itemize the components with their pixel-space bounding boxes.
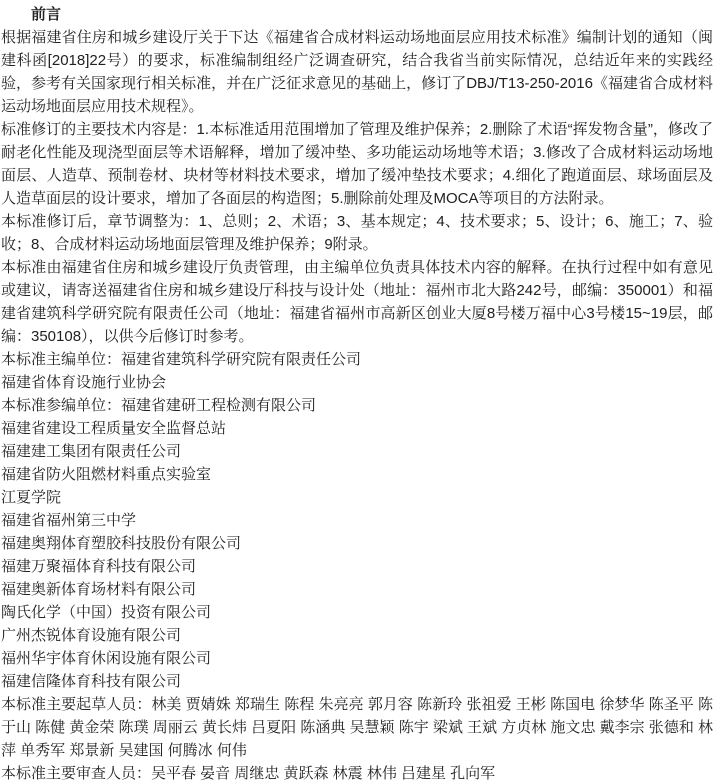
participating-unit-line: 广州杰锐体育设施有限公司 — [1, 624, 713, 647]
drafters-line: 本标准主要起草人员：林美 贾婧姝 郑瑞生 陈程 朱亮亮 郭月容 陈新玲 张祖爱 … — [1, 693, 713, 762]
revision-highlights-paragraph: 标准修订的主要技术内容是：1.本标准适用范围增加了管理及维护保养；2.删除了术语… — [1, 118, 713, 210]
participating-units-lead-line: 本标准参编单位：福建省建研工程检测有限公司 — [1, 394, 713, 417]
participating-unit-line: 福建省建设工程质量安全监督总站 — [1, 417, 713, 440]
preface-document: 前言 根据福建省住房和城乡建设厅关于下达《福建省合成材料运动场地面层应用技术标准… — [0, 0, 716, 780]
chief-editor-unit-line: 福建省体育设施行业协会 — [1, 371, 713, 394]
preface-title: 前言 — [1, 3, 713, 26]
chief-editor-units-line: 本标准主编单位：福建省建筑科学研究院有限责任公司 — [1, 348, 713, 371]
intro-paragraph: 根据福建省住房和城乡建设厅关于下达《福建省合成材料运动场地面层应用技术标准》编制… — [1, 26, 713, 118]
participating-unit-line: 陶氏化学（中国）投资有限公司 — [1, 601, 713, 624]
participating-unit-line: 福建万聚福体育科技有限公司 — [1, 555, 713, 578]
chapter-structure-paragraph: 本标准修订后，章节调整为：1、总则；2、术语；3、基本规定；4、技术要求；5、设… — [1, 210, 713, 256]
participating-unit-line: 福建建工集团有限责任公司 — [1, 440, 713, 463]
participating-unit-line: 江夏学院 — [1, 486, 713, 509]
participating-unit-line: 福建信隆体育科技有限公司 — [1, 670, 713, 693]
participating-unit-line: 福建省福州第三中学 — [1, 509, 713, 532]
reviewers-line: 本标准主要审查人员：吴平春 晏音 周继忠 黄跃森 林震 林伟 吕建星 孔向军 — [1, 762, 713, 780]
participating-unit-line: 福建奥翔体育塑胶科技股份有限公司 — [1, 532, 713, 555]
participating-unit-line: 福州华宇体育休闲设施有限公司 — [1, 647, 713, 670]
participating-unit-line: 福建奥新体育场材料有限公司 — [1, 578, 713, 601]
participating-unit-line: 福建省防火阻燃材料重点实验室 — [1, 463, 713, 486]
management-feedback-paragraph: 本标准由福建省住房和城乡建设厅负责管理，由主编单位负责具体技术内容的解释。在执行… — [1, 256, 713, 348]
